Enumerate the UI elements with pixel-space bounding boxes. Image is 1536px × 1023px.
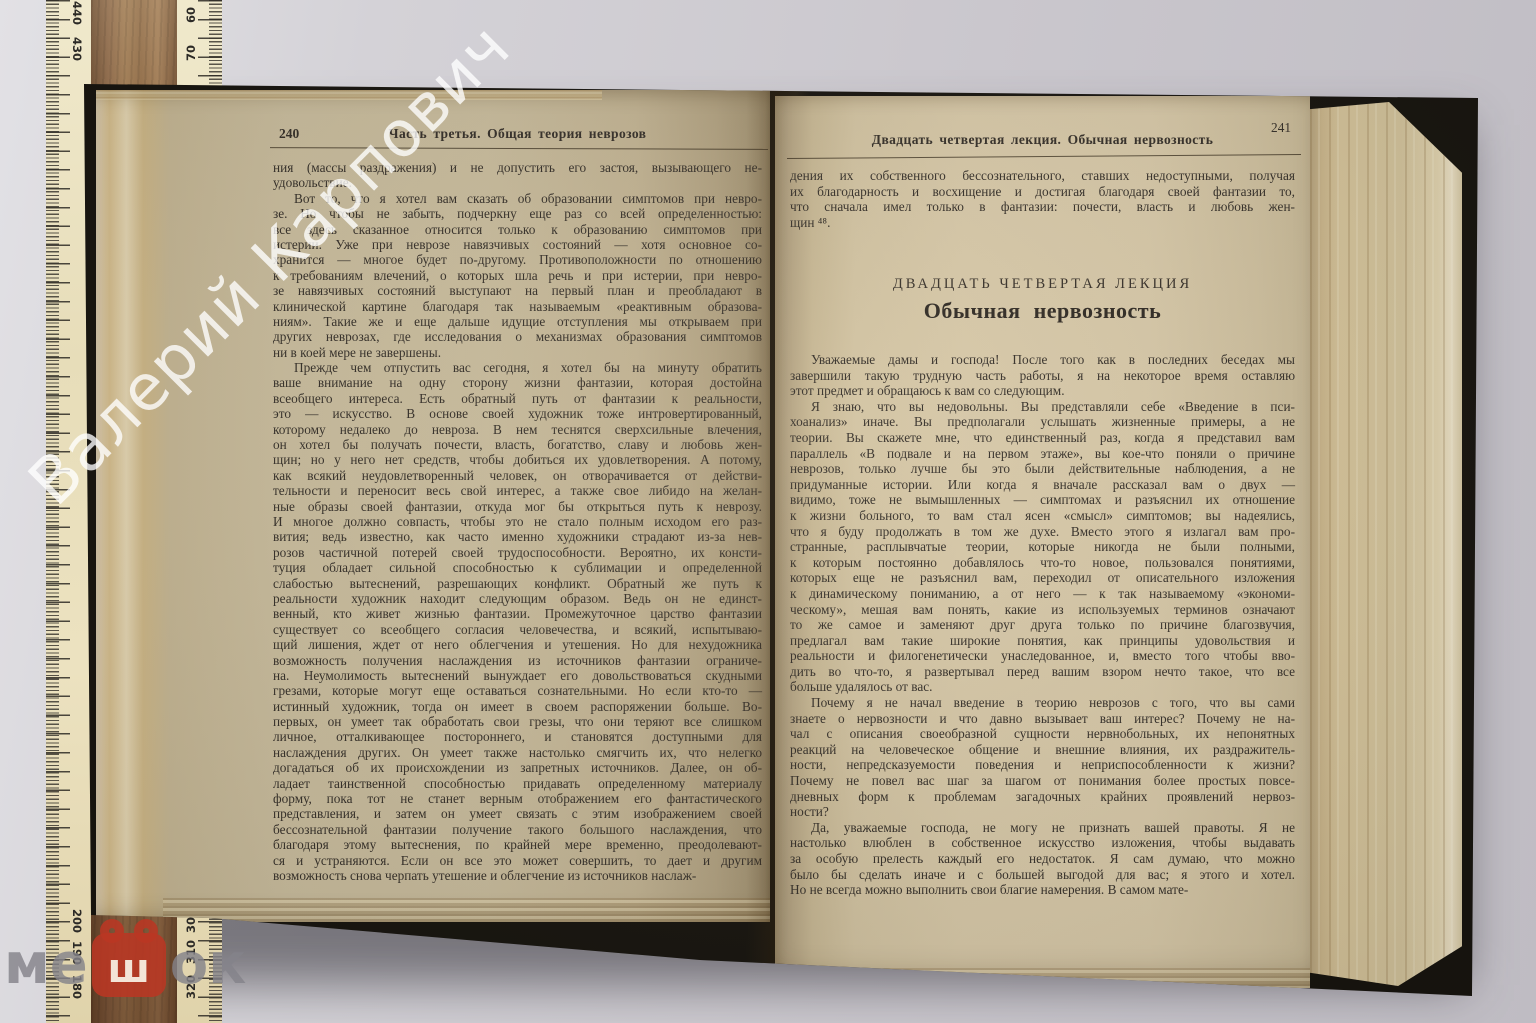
text-line: параллель «В подвале и на первом этаже»,… — [790, 446, 1295, 462]
text-line: бессознательной фантазии получение таког… — [273, 822, 762, 837]
text-line: дения их собственного бессознательного, … — [790, 168, 1295, 184]
text-line: реальности художник находит следующим об… — [273, 591, 762, 606]
text-line: других неврозах, где исследования о меха… — [273, 329, 762, 344]
right-fore-edge-pages — [1310, 102, 1462, 986]
text-line: щий лишения, ждет от него облегчения и у… — [273, 637, 762, 652]
text-line: Я знаю, что вы недовольны. Вы представля… — [790, 399, 1295, 415]
text-line: ниям». Такие же и еще дальше идущие отст… — [273, 314, 762, 329]
text-line: возможность получения наслаждения из ист… — [273, 653, 762, 668]
text-line: больше удалялось от вас. — [790, 679, 1295, 695]
text-line: Прежде чем отпустить вас сегодня, я хоте… — [273, 360, 762, 375]
text-line: которых еще не разъяснил вам, переходил … — [790, 570, 1295, 586]
meshok-letters-suffix: ок — [170, 932, 246, 997]
right-page-content: Двадцать четвертая лекция. Обычная нерво… — [790, 96, 1295, 988]
left-page-number: 240 — [279, 126, 299, 142]
text-line: что я буду продолжать в том же духе. Вме… — [790, 524, 1295, 540]
right-page: Двадцать четвертая лекция. Обычная нерво… — [775, 96, 1310, 988]
text-line: видимо, тоже не вымышленных — симптомах … — [790, 492, 1295, 508]
text-line: хоанализ» иначе. Вы предполагали услышат… — [790, 414, 1295, 430]
text-line: венный, кто живет жизнью фантазии. Проме… — [273, 606, 762, 621]
right-running-title: Двадцать четвертая лекция. Обычная нерво… — [790, 132, 1295, 148]
bag-letter: ш — [92, 945, 166, 993]
book-photo-scene: 440430200190180 6070300310320 240 Часть … — [0, 0, 1536, 1023]
text-line: что сначала имел только в фантазии: поче… — [790, 199, 1295, 215]
paragraph: Уважаемые дамы и господа! После того как… — [790, 352, 1295, 399]
text-line: И многое должно совпасть, чтобы это не с… — [273, 514, 762, 529]
text-line: завершили такую трудную часть работы, я … — [790, 368, 1295, 384]
text-line: ваше внимание на одну сторону жизни фант… — [273, 375, 762, 390]
text-line: знаете о нервозности и что давно вызывае… — [790, 711, 1295, 727]
paragraph: Почему я не начал введение в теорию невр… — [790, 695, 1295, 820]
text-line: Уважаемые дамы и господа! После того как… — [790, 352, 1295, 368]
text-line: личное, отталкивающее постороннего, и ст… — [273, 729, 762, 744]
text-line: ни в коей мере не завершены. — [273, 345, 762, 360]
text-line: догадаться об их происхождении из запрет… — [273, 760, 762, 775]
text-line: к которым постоянно добавлялось что-то н… — [790, 555, 1295, 571]
right-page-text: Уважаемые дамы и господа! После того как… — [790, 352, 1295, 898]
ruler-number: 70 — [184, 40, 198, 66]
text-line: всеобщего интереса. Есть обратный путь о… — [273, 391, 762, 406]
text-line: розов частичной потерей своей трудоспосо… — [273, 545, 762, 560]
ruler-number: 200 — [70, 908, 84, 934]
paragraph: Прежде чем отпустить вас сегодня, я хоте… — [273, 360, 762, 883]
text-line: реакций на человеческое общение и внешни… — [790, 742, 1295, 758]
meshok-letters-prefix: ме — [4, 932, 88, 997]
text-line: форму, пока тот не станет верным отображ… — [273, 791, 762, 806]
text-line: вития; ведь известно, как часто именно х… — [273, 529, 762, 544]
text-line: неврозов, только лучше бы это были дейст… — [790, 461, 1295, 477]
text-line: ности? — [790, 804, 1295, 820]
text-line: первых, он умеет так обработать свои гре… — [273, 714, 762, 729]
text-line: существует со всеобщего согласия человеч… — [273, 622, 762, 637]
ruler-number: 60 — [184, 2, 198, 28]
text-line: дневных форм к проблемам загадочных край… — [790, 789, 1295, 805]
text-line: то же самое и заменяют друг друга только… — [790, 617, 1295, 633]
text-line: странные, расплывчатые теории, которые н… — [790, 539, 1295, 555]
text-line: их благодарность и восхищение и достигая… — [790, 184, 1295, 200]
left-page-text: ния (массы раздражения) и не допустить е… — [273, 160, 762, 883]
text-line: как всякий неудовлетворенный человек, он… — [273, 468, 762, 483]
text-line: теории. Вы скажете мне, что единственный… — [790, 430, 1295, 446]
text-line: хранится — многое будет по-другому. Прот… — [273, 252, 762, 267]
text-line: реальности и филогенетически унаследован… — [790, 648, 1295, 664]
text-line: это — искусство. В основе своей художник… — [273, 406, 762, 421]
paragraph: дения их собственного бессознательного, … — [790, 168, 1295, 230]
paragraph: Да, уважаемые господа, не могу не призна… — [790, 820, 1295, 898]
text-line: к жизни больного, то вам стал ясен «смыс… — [790, 508, 1295, 524]
text-line: щин; но у него нет средств, чтобы добить… — [273, 452, 762, 467]
text-line: которому недалеко до невроза. В нем тесн… — [273, 422, 762, 437]
text-line: туция обладает сильной способностью к су… — [273, 560, 762, 575]
text-line: за особую прелесть каждый его недостаток… — [790, 851, 1295, 867]
text-line: грезами, которые могут еще оставаться со… — [273, 683, 762, 698]
paragraph: Я знаю, что вы недовольны. Вы представля… — [790, 399, 1295, 695]
text-line: возможность снова черпать утешение и обл… — [273, 868, 762, 883]
text-line: он хотел бы получать почести, власть, бо… — [273, 437, 762, 452]
bag-handle-right — [134, 919, 158, 943]
text-line: ладает таинственной способностью придава… — [273, 776, 762, 791]
text-line: дить во что-то, я развертывал перед ваши… — [790, 664, 1295, 680]
text-line: было бы сделать иначе и с большей выгодо… — [790, 867, 1295, 883]
right-page-intro-text: дения их собственного бессознательного, … — [790, 168, 1295, 230]
ruler-number: 430 — [70, 36, 84, 62]
text-line: слабостью вытеснений, разрешающих конфли… — [273, 576, 762, 591]
right-page-number: 241 — [1271, 120, 1291, 136]
text-line: истинный художник, тогда он имеет в свое… — [273, 699, 762, 714]
text-line: этот предмет и обращаюсь к вам со следую… — [790, 383, 1295, 399]
shopping-bag-icon: ш — [92, 933, 166, 997]
text-line: клинической картине благодаря так называ… — [273, 299, 762, 314]
bag-handle-left — [100, 919, 124, 943]
lecture-number-heading: ДВАДЦАТЬ ЧЕТВЕРТАЯ ЛЕКЦИЯ — [790, 276, 1295, 293]
text-line: ные образы своей фантазии, откуда мог бы… — [273, 499, 762, 514]
text-line: предлагал вам такие широкие понятия, как… — [790, 633, 1295, 649]
text-line: к динамическому пониманию, а от него — к… — [790, 586, 1295, 602]
text-line: ческому», мешая вам понять, какие из исп… — [790, 602, 1295, 618]
text-line: зе навязчивых состояний выступают на пер… — [273, 283, 762, 298]
text-line: к требованиям влечений, о которых шла ре… — [273, 268, 762, 283]
lecture-title-heading: Обычная нервозность — [790, 298, 1295, 324]
left-page: 240 Часть третья. Общая теория неврозов … — [96, 90, 770, 922]
text-line: Почему не повел вас шаг за шагом от пони… — [790, 773, 1295, 789]
right-header-rule — [787, 154, 1301, 159]
text-line: на. Неумолимость вытеснений вынуждает ег… — [273, 668, 762, 683]
right-running-header: Двадцать четвертая лекция. Обычная нерво… — [790, 132, 1295, 148]
text-line: благодаря этому вытеснения, по крайней м… — [273, 837, 762, 852]
meshok-watermark: ме ш ок — [4, 932, 246, 997]
text-line: настолько влюблен в собственное искусств… — [790, 835, 1295, 851]
ruler-number: 440 — [70, 0, 84, 26]
text-line: придуманные истории. Или когда я вначале… — [790, 477, 1295, 493]
text-line: тельности и переносит весь свой интерес,… — [273, 483, 762, 498]
text-line: Но не всегда можно выполнить свои благие… — [790, 882, 1295, 898]
text-line: наслаждения других. Он умеет также насто… — [273, 745, 762, 760]
text-line: Почему я не начал введение в теорию невр… — [790, 695, 1295, 711]
text-line: ности, непредсказуемости поведения и неп… — [790, 757, 1295, 773]
text-line: чал с описания своеобразной сущности нер… — [790, 726, 1295, 742]
text-line: ся и устраняются. Если он все это может … — [273, 853, 762, 868]
text-line: Да, уважаемые господа, не могу не призна… — [790, 820, 1295, 836]
text-line: представления, и затем он умеет связать … — [273, 806, 762, 821]
text-line: щин ⁴⁸. — [790, 215, 1295, 231]
